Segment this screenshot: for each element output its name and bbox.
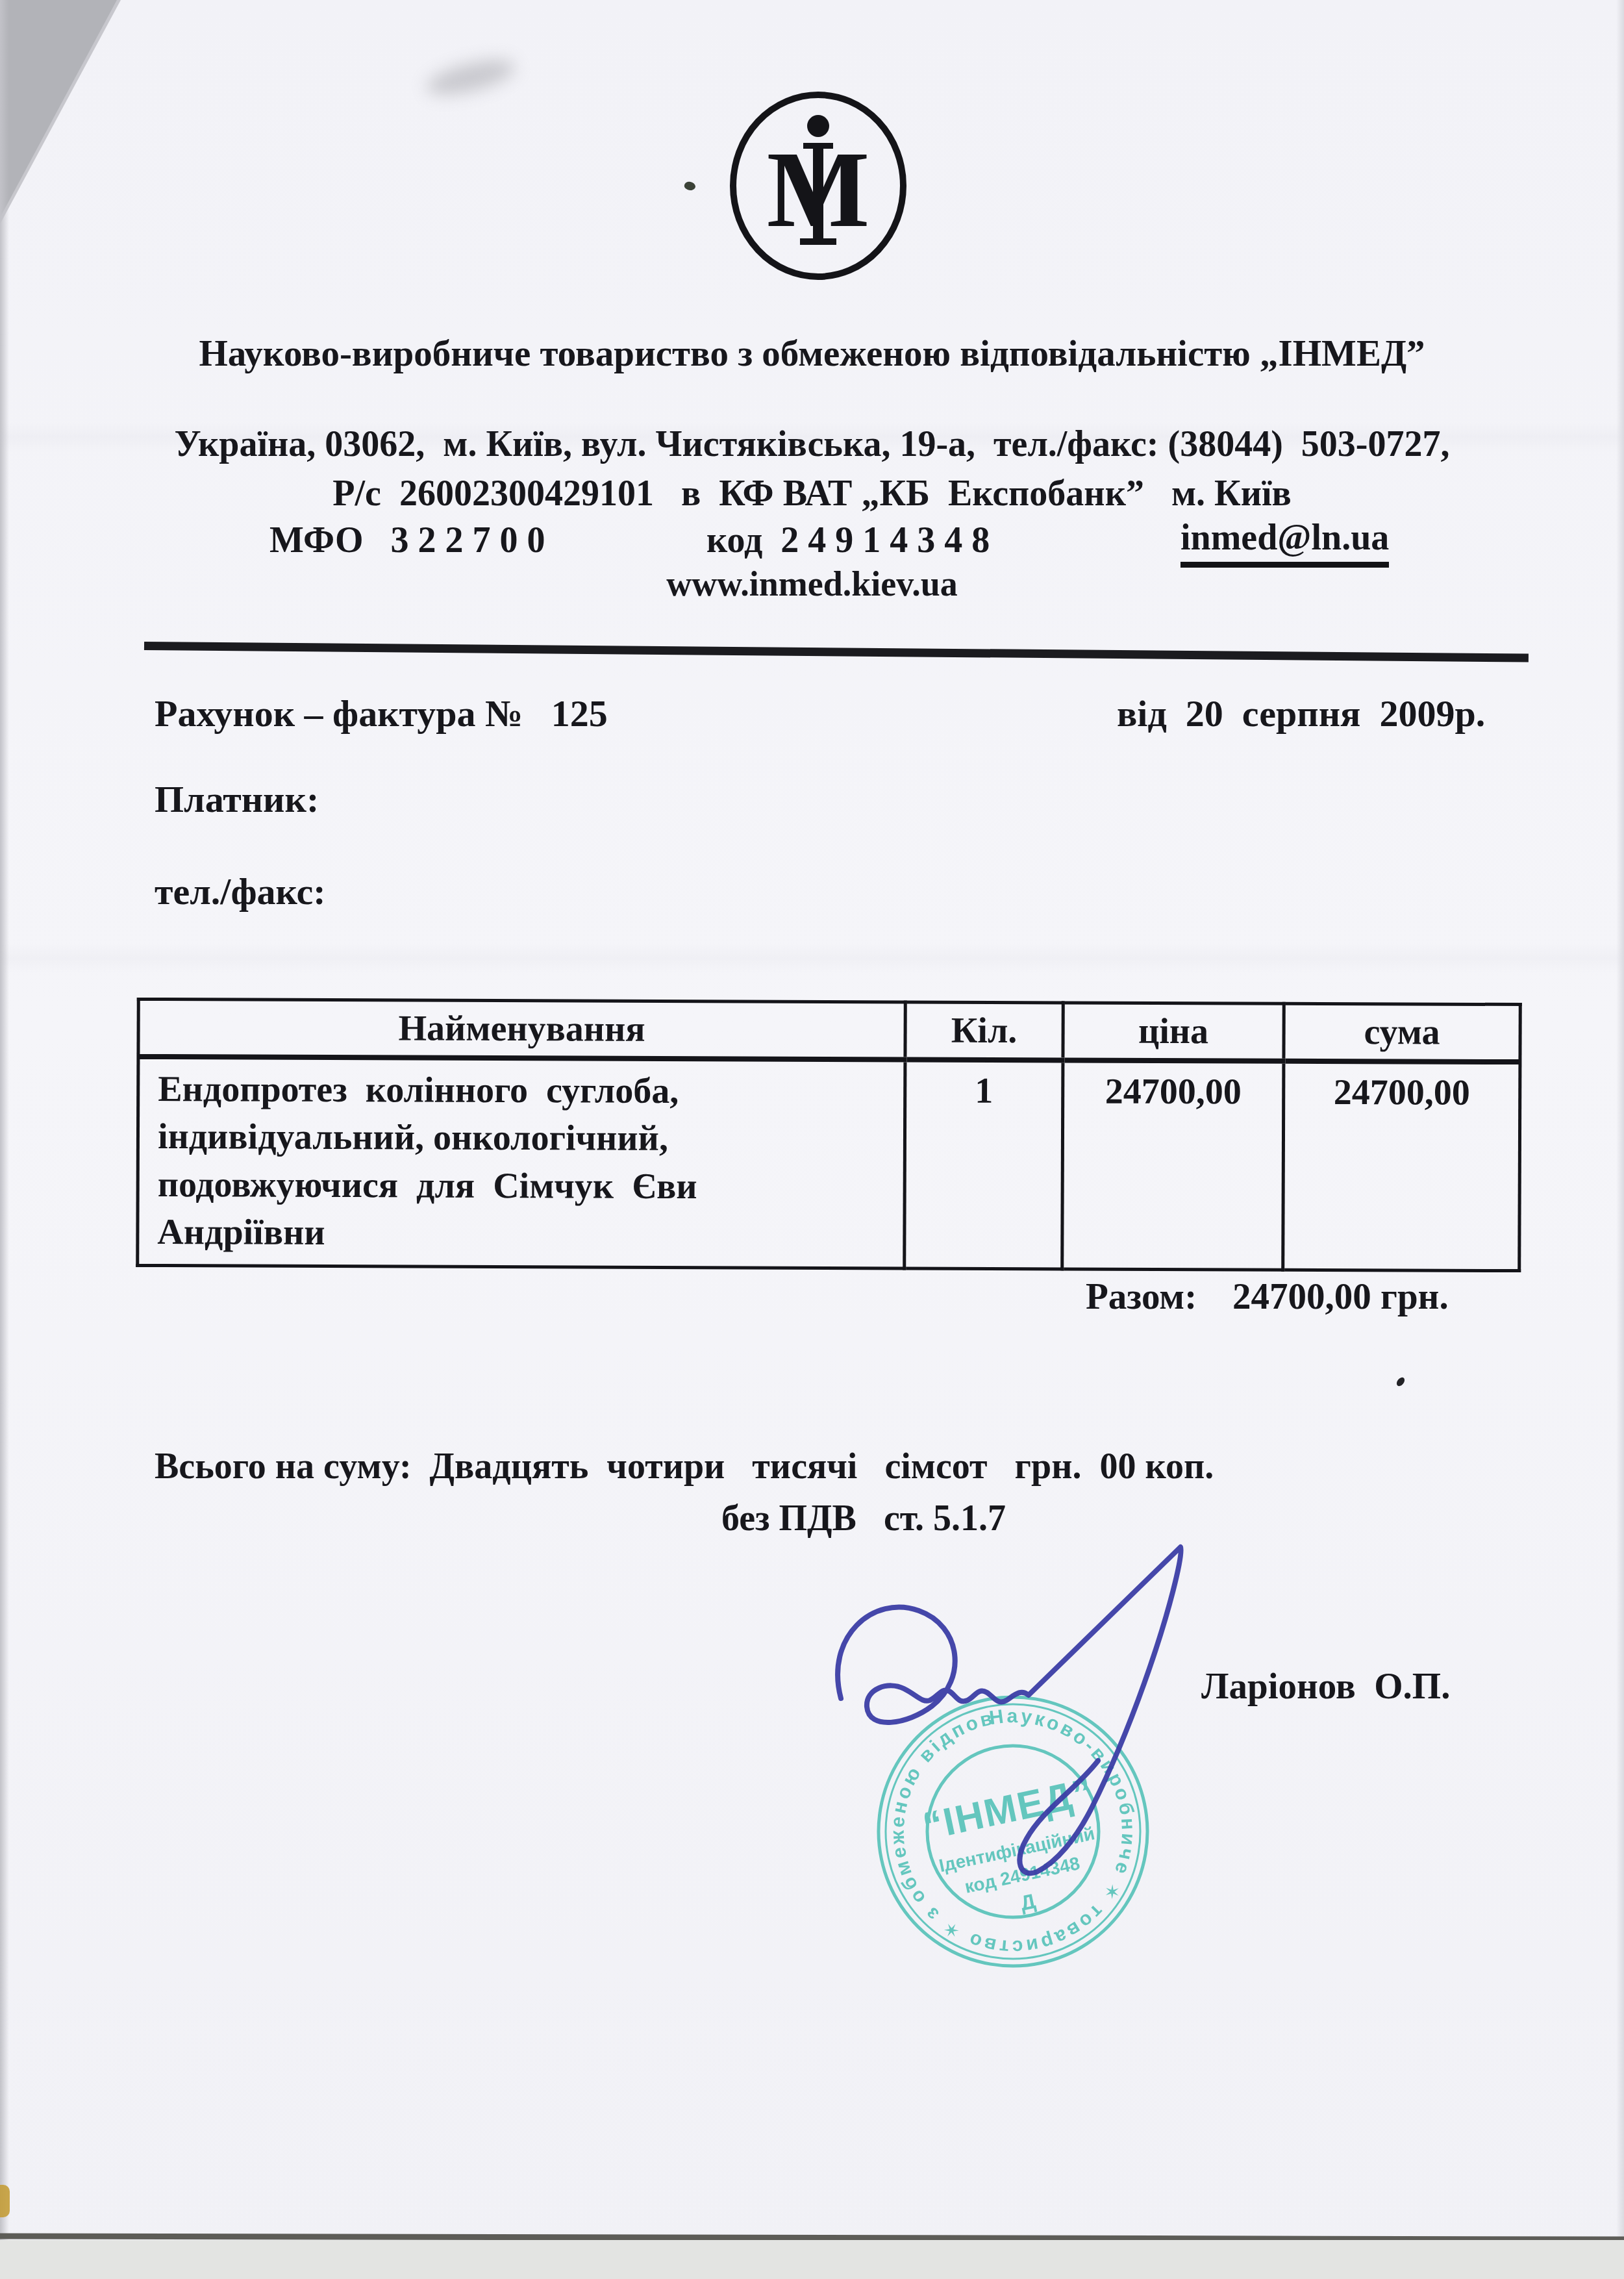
corner-fold (0, 0, 117, 218)
invoice-title: Рахунок – фактура № 125 (155, 692, 608, 736)
website-url: www.inmed.kiev.ua (0, 564, 1624, 604)
table-header-row: Найменування Кіл. ціна сума (138, 999, 1520, 1062)
bank-account-line: Р/с 26002300429101 в КФ ВАТ „КБ Експобан… (0, 473, 1624, 514)
company-code: код 2 4 9 1 4 3 4 8 (706, 520, 990, 561)
company-name: Науково-виробниче товариство з обмеженою… (0, 333, 1624, 375)
col-header-price: ціна (1063, 1003, 1284, 1061)
payer-label: Платник: (155, 778, 319, 822)
scanned-invoice-page: М Науково-виробниче товариство з обмежен… (0, 0, 1624, 2279)
ink-speck (683, 180, 697, 192)
ink-speck (1395, 1376, 1406, 1388)
email-address: inmed@ln.ua (1181, 517, 1389, 568)
col-header-name: Найменування (138, 999, 905, 1059)
logo-i-top-serif (803, 143, 833, 149)
item-name-cell: Ендопротез колінного суглоба, індивідуал… (138, 1057, 905, 1268)
signature-ink (805, 1533, 1253, 1955)
logo-i-stem (813, 143, 823, 244)
telfax-label: тел./факс: (155, 870, 326, 914)
total-label: Разом: (1086, 1276, 1197, 1318)
signer-name: Ларіонов О.П. (1201, 1665, 1450, 1708)
item-price-cell: 24700,00 (1062, 1060, 1284, 1270)
items-table: Найменування Кіл. ціна сума Ендопротез к… (136, 998, 1522, 1272)
logo-i-dot (807, 115, 829, 137)
paper-crease (0, 943, 1624, 973)
scanner-background (0, 2240, 1624, 2279)
item-qty-cell: 1 (905, 1059, 1063, 1268)
amount-in-words: Всього на суму: Двадцять чотири тисячі с… (155, 1446, 1214, 1487)
mfo-value: МФО 3 2 2 7 0 0 (269, 520, 545, 561)
invoice-date: від 20 серпня 2009р. (1117, 692, 1485, 736)
tape-mark (0, 2185, 10, 2217)
col-header-qty: Кіл. (905, 1002, 1063, 1060)
signature-stroke (838, 1547, 1181, 1873)
item-row: Ендопротез колінного суглоба, індивідуал… (138, 1057, 1520, 1271)
header-divider-rule (144, 642, 1529, 662)
smudge-mark (423, 53, 518, 102)
address-line: Україна, 03062, м. Київ, вул. Чистяківсь… (0, 423, 1624, 465)
logo-i-bottom-serif (800, 238, 836, 245)
item-sum-cell: 24700,00 (1283, 1061, 1520, 1271)
inmed-logo: М (723, 88, 913, 283)
col-header-sum: сума (1284, 1003, 1520, 1062)
total-value: 24700,00 грн. (1232, 1276, 1449, 1318)
